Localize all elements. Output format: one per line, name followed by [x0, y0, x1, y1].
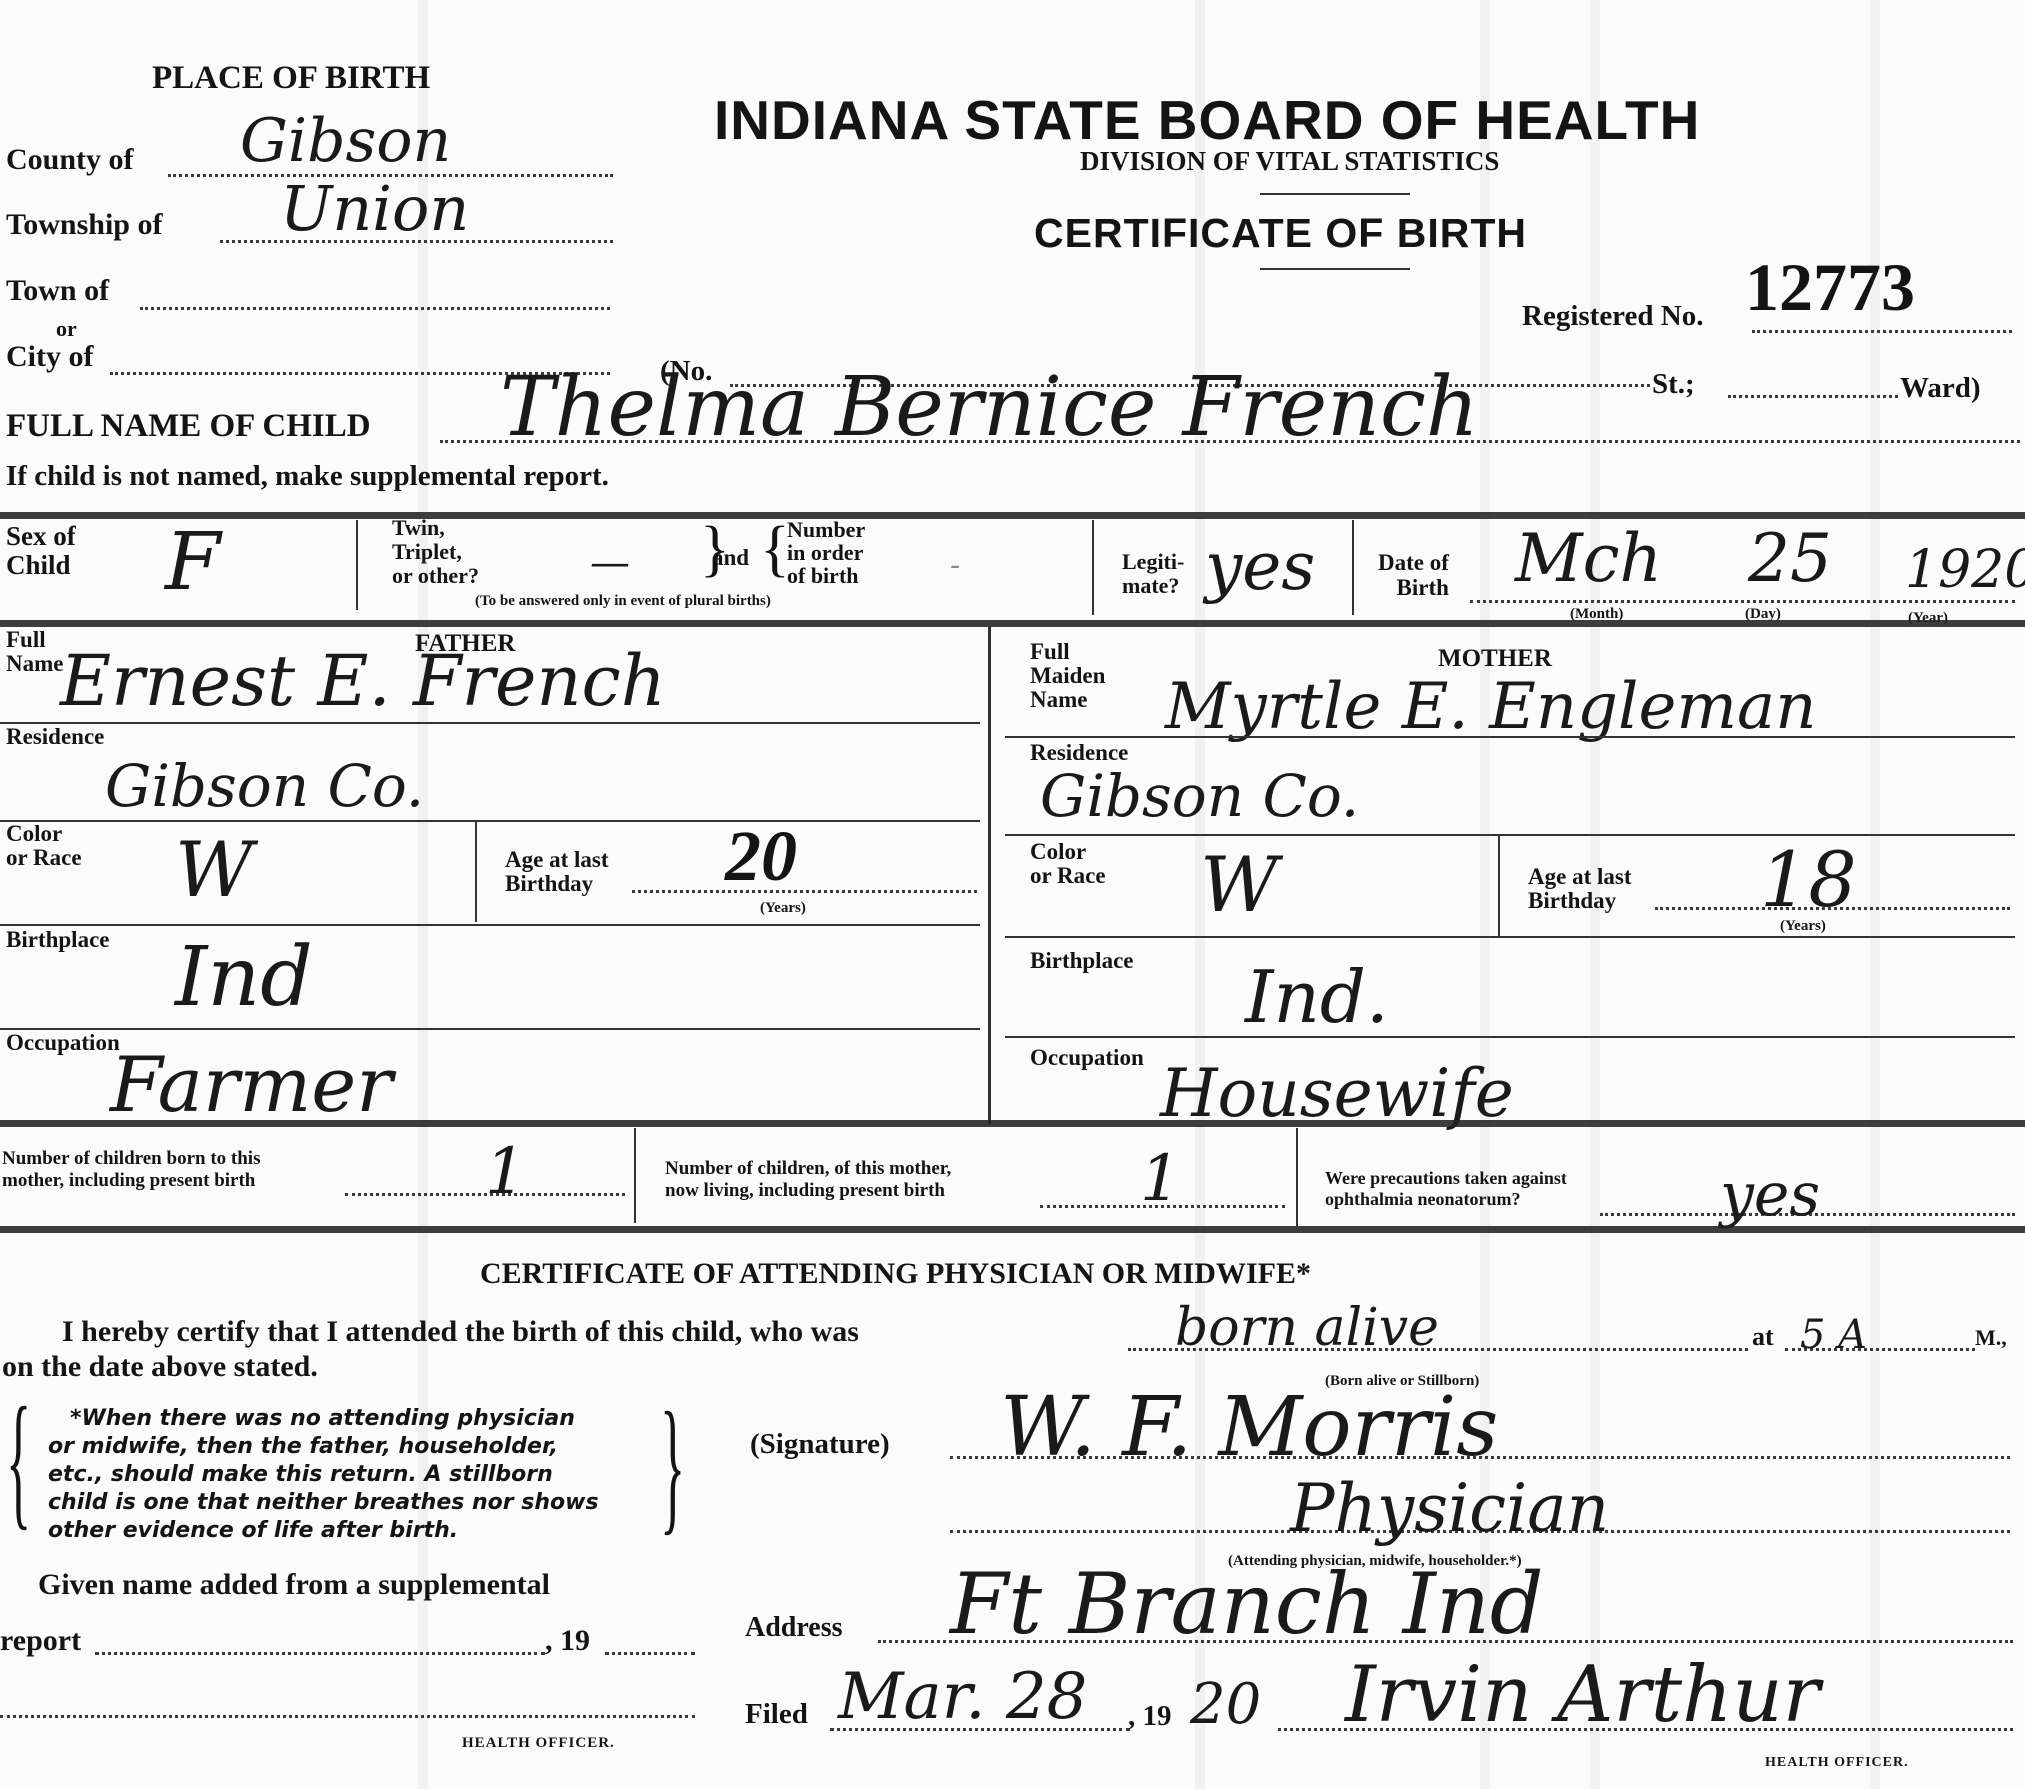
- children-living-label: Number of children, of this mother, now …: [665, 1158, 951, 1202]
- father-color-value: W: [175, 825, 253, 914]
- board-title: INDIANA STATE BOARD OF HEALTH: [714, 88, 1700, 152]
- health-officer-line-left: [0, 1715, 695, 1718]
- mother-birthplace-label: Birthplace: [1030, 948, 1134, 974]
- mother-residence-value: Gibson Co.: [1040, 762, 1359, 830]
- filed-date: Mar. 28: [838, 1660, 1087, 1734]
- county-value: Gibson: [240, 106, 451, 176]
- precaution-value: yes: [1720, 1160, 1820, 1230]
- father-name-value: Ernest E. French: [60, 640, 666, 722]
- signature-value: W. F. Morris: [1000, 1380, 1498, 1475]
- mother-color-value: W: [1200, 840, 1278, 929]
- father-birthplace-label: Birthplace: [6, 927, 110, 953]
- date-text: on the date above stated.: [2, 1350, 318, 1384]
- section-rule: [0, 1226, 2025, 1233]
- county-label: County of: [6, 145, 134, 174]
- health-officer-caption-right: HEALTH OFFICER.: [1765, 1755, 1909, 1771]
- place-of-birth-title: PLACE OF BIRTH: [152, 60, 430, 97]
- time-value: 5 A: [1800, 1312, 1867, 1358]
- filed-year-prefix: , 19: [1128, 1700, 1172, 1733]
- footnote-brace-close: }: [660, 1390, 685, 1540]
- dob-day: 25: [1748, 520, 1832, 597]
- dob-year: 1920: [1905, 540, 2025, 600]
- certificate-title: CERTIFICATE OF BIRTH: [1034, 210, 1527, 257]
- dob-month: Mch: [1515, 520, 1662, 597]
- mother-name-label: Full Maiden Name: [1030, 640, 1105, 712]
- cell-divider: [1296, 1128, 1298, 1226]
- supplemental-label: Given name added from a supplemental: [38, 1568, 550, 1602]
- or-label: or: [56, 316, 77, 342]
- address-value: Ft Branch Ind: [950, 1555, 1544, 1653]
- row-rule: [0, 722, 980, 724]
- footnote-brace-open: {: [6, 1385, 31, 1535]
- cell-divider: [1498, 836, 1500, 936]
- full-name-label: FULL NAME OF CHILD: [6, 408, 371, 445]
- father-birthplace-value: Ind: [175, 930, 313, 1025]
- mother-name-value: Myrtle E. Engleman: [1165, 670, 1816, 744]
- at-label: at: [1752, 1322, 1774, 1352]
- mother-color-label: Color or Race: [1030, 840, 1106, 888]
- row-rule: [1005, 936, 2015, 938]
- sex-value: F: [165, 515, 221, 608]
- legitimate-label: Legiti- mate?: [1122, 550, 1184, 598]
- report-year-prefix: , 19: [545, 1624, 590, 1658]
- signature-label: (Signature): [750, 1428, 890, 1461]
- registered-no-label: Registered No.: [1522, 300, 1703, 333]
- twin-value: —: [590, 540, 630, 586]
- mother-age-label: Age at last Birthday: [1528, 865, 1631, 913]
- twin-label: Twin, Triplet, or other?: [392, 516, 479, 588]
- report-line: [95, 1652, 545, 1655]
- ward-line: [1728, 395, 1898, 398]
- m-label: M.,: [1975, 1325, 2007, 1351]
- report-label: report: [0, 1624, 81, 1658]
- father-color-label: Color or Race: [6, 822, 82, 870]
- mother-section-title: MOTHER: [1438, 645, 1552, 673]
- father-age-label: Age at last Birthday: [505, 848, 608, 896]
- township-value: Union: [280, 172, 469, 245]
- sex-label: Sex of Child: [6, 522, 76, 580]
- father-age-line: [632, 890, 977, 893]
- health-officer-signature: Irvin Arthur: [1345, 1650, 1820, 1740]
- cell-divider: [356, 520, 358, 610]
- precaution-label: Were precautions taken against ophthalmi…: [1325, 1168, 1567, 1210]
- father-residence-value: Gibson Co.: [105, 752, 424, 820]
- footnote: *When there was no attending physician o…: [48, 1405, 599, 1545]
- registered-no-value: 12773: [1745, 248, 1915, 327]
- registered-no-line: [1752, 330, 2012, 333]
- row-rule: [1005, 834, 2015, 836]
- row-rule: [0, 1028, 980, 1030]
- health-officer-caption-left: HEALTH OFFICER.: [462, 1735, 615, 1752]
- township-label: Township of: [6, 210, 162, 239]
- city-label: City of: [6, 342, 93, 371]
- full-name-value: Thelma Bernice French: [500, 360, 1479, 455]
- town-line: [140, 307, 610, 310]
- order-label: Number in order of birth: [787, 518, 865, 587]
- order-value: -: [950, 548, 960, 583]
- mother-occupation-label: Occupation: [1030, 1045, 1144, 1071]
- cell-divider: [634, 1128, 636, 1223]
- section-rule: [0, 512, 2025, 519]
- parents-divider: [988, 626, 991, 1124]
- father-occupation-value: Farmer: [110, 1040, 393, 1129]
- father-name-label: Full Name: [6, 628, 63, 676]
- mother-age-value: 18: [1760, 835, 1857, 924]
- division-title: DIVISION OF VITAL STATISTICS: [1080, 146, 1499, 177]
- row-rule: [1005, 736, 2015, 738]
- father-residence-label: Residence: [6, 724, 104, 750]
- row-rule: [0, 924, 980, 926]
- filed-year: 20: [1190, 1672, 1261, 1737]
- address-label: Address: [745, 1612, 843, 1644]
- plural-note: (To be answered only in event of plural …: [475, 593, 771, 610]
- title-value: Physician: [1290, 1470, 1609, 1547]
- filed-label: Filed: [745, 1698, 808, 1731]
- brace-open: {: [760, 514, 790, 585]
- street-label: St.;: [1652, 368, 1695, 401]
- section-rule: [0, 1120, 2025, 1127]
- report-year-line: [605, 1652, 695, 1655]
- dob-label: Date of Birth: [1378, 550, 1449, 600]
- section-rule: [0, 620, 2025, 627]
- mother-birthplace-value: Ind.: [1245, 955, 1389, 1039]
- dob-line: [1470, 600, 2015, 603]
- row-rule: [1005, 1036, 2015, 1038]
- children-born-value: 1: [485, 1135, 526, 1209]
- unnamed-note: If child is not named, make supplemental…: [6, 460, 609, 493]
- ward-label: Ward): [1900, 372, 1981, 405]
- town-label: Town of: [6, 276, 109, 305]
- children-living-value: 1: [1140, 1142, 1181, 1216]
- father-occupation-label: Occupation: [6, 1030, 120, 1056]
- physician-heading: CERTIFICATE OF ATTENDING PHYSICIAN OR MI…: [480, 1257, 1311, 1291]
- header-rule: [1260, 193, 1410, 195]
- born-status-value: born alive: [1175, 1298, 1439, 1358]
- legitimate-value: yes: [1205, 528, 1315, 605]
- cell-divider: [1092, 520, 1094, 615]
- and-label: and: [712, 545, 749, 571]
- cell-divider: [475, 822, 477, 922]
- certify-text: I hereby certify that I attended the bir…: [62, 1315, 859, 1349]
- cell-divider: [1352, 520, 1354, 615]
- row-rule: [0, 820, 980, 822]
- header-rule: [1260, 268, 1410, 270]
- mother-years-caption: (Years): [1780, 918, 1826, 935]
- father-years-caption: (Years): [760, 900, 806, 917]
- father-age-value: 20: [725, 815, 797, 898]
- children-born-label: Number of children born to this mother, …: [2, 1148, 260, 1192]
